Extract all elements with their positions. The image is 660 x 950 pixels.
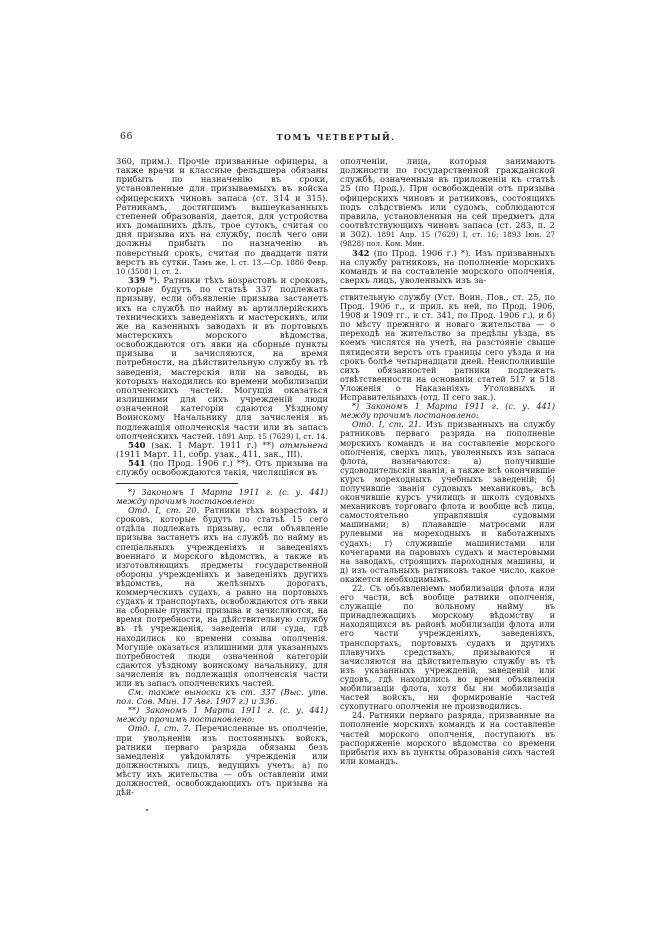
footnote-separator: [116, 483, 238, 484]
footnote-st24: 24. Ратники перваго разряда, призванные …: [340, 711, 555, 766]
text-run: *) Закономъ 1 Марта 1911 г. (с. у. 441) …: [116, 487, 328, 506]
footnote-otd1-st7: Отд. I, ст. 7. Перечисленные въ ополчені…: [116, 724, 328, 797]
footnote-otd1-st20: Отд. I, ст. 20. Ратники тѣхъ возрастовъ …: [116, 506, 328, 688]
footnote-separator: [340, 288, 462, 289]
article-342-paragraph: 342 (по Прод. 1906 г.) *). Изъ призванны…: [340, 249, 555, 286]
book-page-scan: 66 ТОМЪ ЧЕТВЕРТЫЙ. 360, прим.). Прочіе п…: [0, 0, 660, 950]
right-column-main-text: ополченіи, лица, которыя занимаютъ должн…: [340, 157, 555, 285]
footnote-law-1911-intro: *) Закономъ 1 Марта 1911 г. (с. у. 441) …: [116, 488, 328, 506]
left-column-main-text: 360, прим.). Прочіе призванные офицеры, …: [116, 157, 328, 477]
text-run: Перечисленные въ ополченіе, при увольнен…: [116, 723, 328, 797]
text-run: **) Закономъ 1 Марта 1911 г. (с. у. 441)…: [116, 705, 328, 724]
text-run: Изъ призванныхъ на службу ратниковъ перв…: [340, 419, 555, 584]
text-run: Ратники тѣхъ возрастовъ и сроковъ, котор…: [116, 505, 328, 688]
running-title: ТОМЪ ЧЕТВЕРТЫЙ.: [116, 132, 556, 142]
left-column-footnotes: *) Закономъ 1 Марта 1911 г. (с. у. 441) …: [116, 483, 328, 797]
text-run: ствительную службу (Уст. Воин. Пов., ст.…: [340, 292, 555, 402]
page-header: 66 ТОМЪ ЧЕТВЕРТЫЙ.: [116, 131, 556, 145]
footnote-continuation: ствительную службу (Уст. Воин. Пов., ст.…: [340, 293, 555, 402]
continued-paragraph-article-341: ополченіи, лица, которыя занимаютъ должн…: [340, 157, 555, 249]
article-339-paragraph: 339 *). Ратники тѣхъ возрастовъ и сроков…: [116, 276, 328, 441]
text-run: 360, прим.). Прочіе призванные офицеры, …: [116, 156, 328, 267]
text-run: 24. Ратники перваго разряда, призванные …: [340, 710, 555, 765]
text-run: *). Ратники тѣхъ возрастовъ и сроковъ, к…: [116, 275, 328, 441]
footnote-st22: 22. Съ объявленіемъ мобилизаціи флота ил…: [340, 584, 555, 711]
footnote-law-1911-intro-3: *) Закономъ 1 Марта 1911 г. (с. у. 441) …: [340, 402, 555, 420]
article-541-paragraph: 541 (по Прод. 1906 г.) **). Отъ призыва …: [116, 459, 328, 477]
text-run: *) Закономъ 1 Марта 1911 г. (с. у. 441) …: [340, 401, 555, 420]
article-540-paragraph: 540 (зак. 1 Март. 1911 г.) **) отмѣнена …: [116, 441, 328, 459]
text-run: 22. Съ объявленіемъ мобилизаціи флота ил…: [340, 583, 555, 711]
continued-paragraph-article-338: 360, прим.). Прочіе призванные офицеры, …: [116, 157, 328, 276]
text-run: ополченіи, лица, которыя занимаютъ должн…: [340, 156, 555, 239]
right-column-footnotes: ствительную службу (Уст. Воин. Пов., ст.…: [340, 288, 555, 766]
ink-speck-artifact: [146, 809, 148, 811]
text-run: См. также выноски къ ст. 337 (Выс. утв. …: [116, 687, 328, 706]
footnote-otd1-st21: Отд. I, ст. 21. Изъ призванныхъ на служб…: [340, 420, 555, 584]
footnote-law-1911-intro-2: **) Закономъ 1 Марта 1911 г. (с. у. 441)…: [116, 706, 328, 724]
footnote-see-also: См. также выноски къ ст. 337 (Выс. утв. …: [116, 688, 328, 706]
